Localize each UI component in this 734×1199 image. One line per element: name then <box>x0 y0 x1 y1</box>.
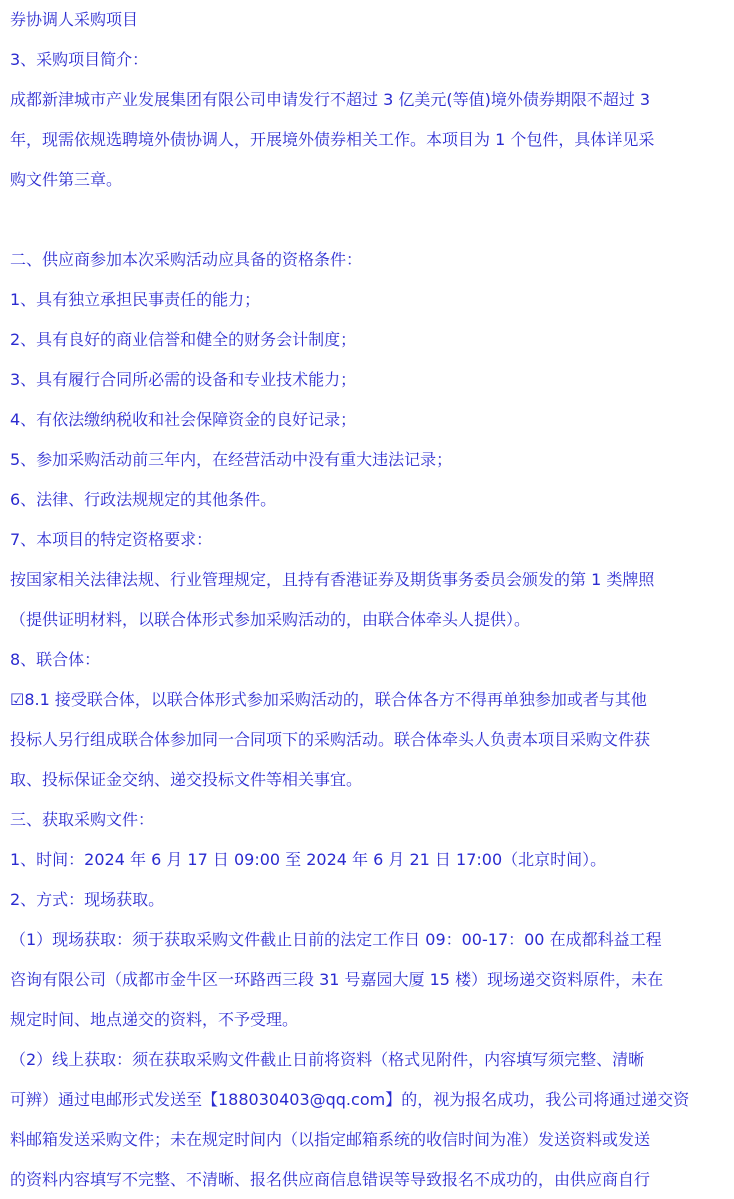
qualification-item-4: 4、有依法缴纳税收和社会保障资金的良好记录； <box>10 400 724 440</box>
project-summary-line-3: 购文件第三章。 <box>10 160 724 200</box>
online-obtain-line-2: 可辨）通过电邮形式发送至【188030403@qq.com】的，视为报名成功，我… <box>10 1080 724 1120</box>
blank-line <box>10 200 724 240</box>
specific-requirement-line-2: （提供证明材料，以联合体形式参加采购活动的，由联合体牵头人提供）。 <box>10 600 724 640</box>
online-obtain-line-1: （2）线上获取：须在获取采购文件截止日前将资料（格式见附件，内容填写须完整、清晰 <box>10 1040 724 1080</box>
qualification-item-1: 1、具有独立承担民事责任的能力； <box>10 280 724 320</box>
onsite-obtain-line-2: 咨询有限公司（成都市金牛区一环路西三段 31 号嘉园大厦 15 楼）现场递交资料… <box>10 960 724 1000</box>
qualification-item-6: 6、法律、行政法规规定的其他条件。 <box>10 480 724 520</box>
onsite-obtain-line-3: 规定时间、地点递交的资料，不予受理。 <box>10 1000 724 1040</box>
obtain-method: 2、方式：现场获取。 <box>10 880 724 920</box>
online-obtain-line-4: 的资料内容填写不完整、不清晰、报名供应商信息错误等导致报名不成功的，由供应商自行 <box>10 1160 724 1199</box>
obtain-time: 1、时间：2024 年 6 月 17 日 09:00 至 2024 年 6 月 … <box>10 840 724 880</box>
project-summary-heading: 3、采购项目简介： <box>10 40 724 80</box>
section-title-fragment: 券协调人采购项目 <box>10 0 724 40</box>
qualification-item-3: 3、具有履行合同所必需的设备和专业技术能力； <box>10 360 724 400</box>
qualification-item-7: 7、本项目的特定资格要求： <box>10 520 724 560</box>
consortium-clause-line-2: 投标人另行组成联合体参加同一合同项下的采购活动。联合体牵头人负责本项目采购文件获 <box>10 720 724 760</box>
consortium-clause-line-1: ☑8.1 接受联合体，以联合体形式参加采购活动的，联合体各方不得再单独参加或者与… <box>10 680 724 720</box>
qualification-item-5: 5、参加采购活动前三年内，在经营活动中没有重大违法记录； <box>10 440 724 480</box>
qualification-heading: 二、供应商参加本次采购活动应具备的资格条件： <box>10 240 724 280</box>
qualification-item-2: 2、具有良好的商业信誉和健全的财务会计制度； <box>10 320 724 360</box>
online-obtain-line-3: 料邮箱发送采购文件；未在规定时间内（以指定邮箱系统的收信时间为准）发送资料或发送 <box>10 1120 724 1160</box>
obtain-documents-heading: 三、获取采购文件： <box>10 800 724 840</box>
consortium-clause-line-3: 取、投标保证金交纳、递交投标文件等相关事宜。 <box>10 760 724 800</box>
project-summary-line-1: 成都新津城市产业发展集团有限公司申请发行不超过 3 亿美元(等值)境外债券期限不… <box>10 80 724 120</box>
project-summary-line-2: 年，现需依规选聘境外债协调人，开展境外债券相关工作。本项目为 1 个包件，具体详… <box>10 120 724 160</box>
specific-requirement-line-1: 按国家相关法律法规、行业管理规定，且持有香港证券及期货事务委员会颁发的第 1 类… <box>10 560 724 600</box>
consortium-heading: 8、联合体： <box>10 640 724 680</box>
onsite-obtain-line-1: （1）现场获取：须于获取采购文件截止日前的法定工作日 09：00-17：00 在… <box>10 920 724 960</box>
document-body: 券协调人采购项目 3、采购项目简介： 成都新津城市产业发展集团有限公司申请发行不… <box>10 0 724 1199</box>
